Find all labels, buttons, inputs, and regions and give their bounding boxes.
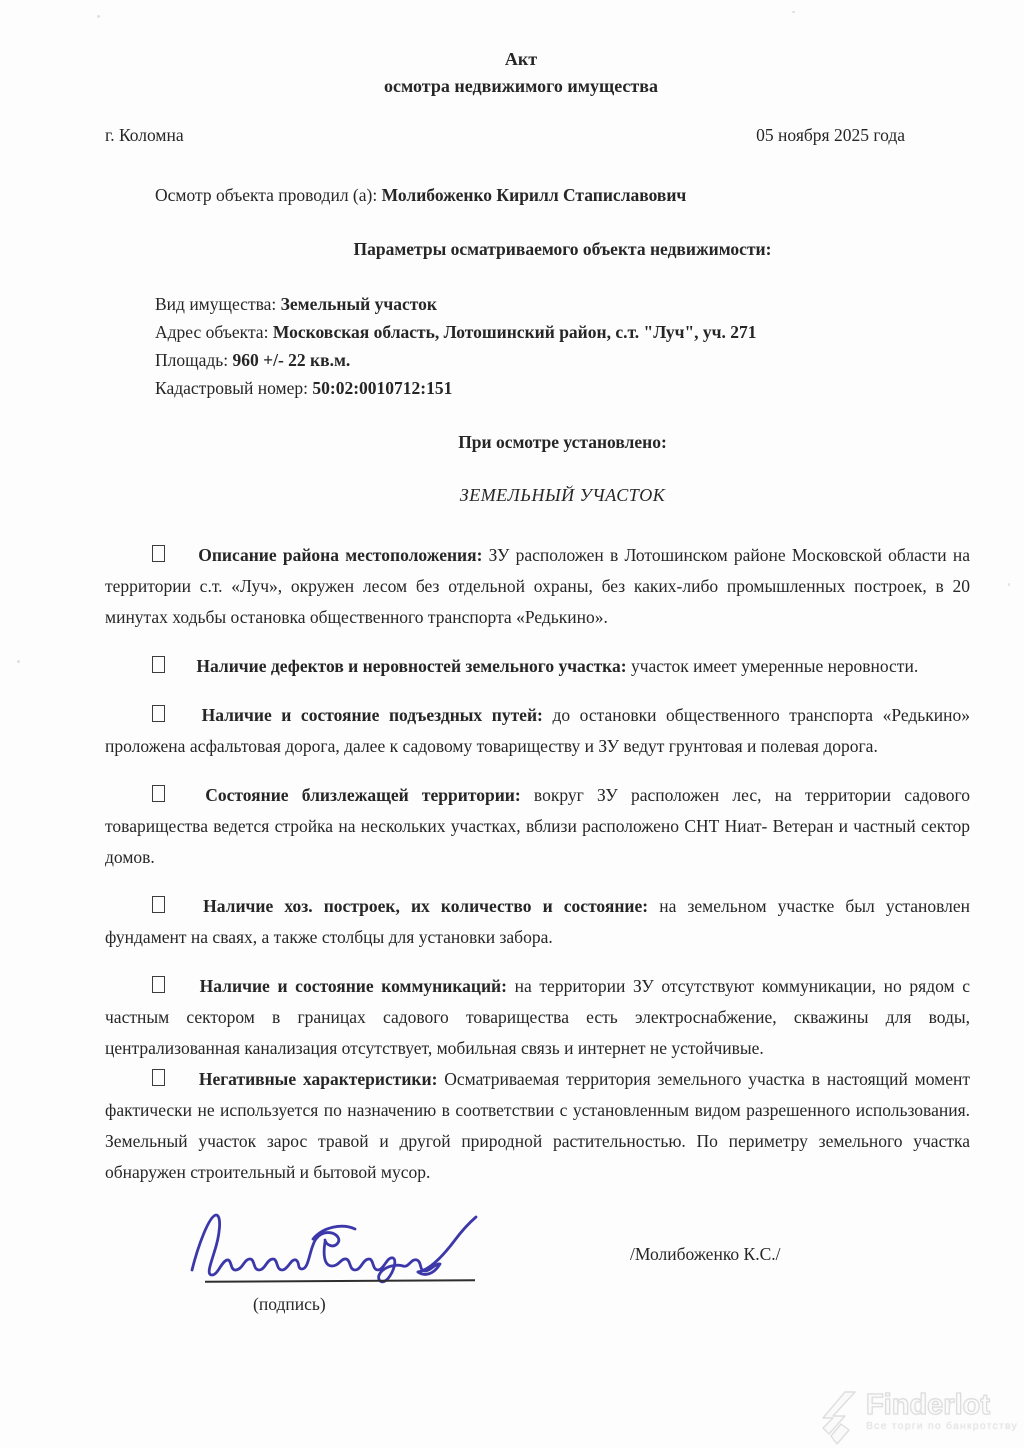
finding-lead: Наличие и состояние подъездных путей:: [202, 705, 543, 725]
field-area: Площадь: 960 +/- 22 кв.м.: [155, 346, 970, 374]
scan-speck: [792, 11, 795, 13]
finding-paragraph-utilities: Наличие и состояние коммуникаций: на тер…: [105, 971, 970, 1064]
watermark-brand: Finderlot: [866, 1390, 1018, 1420]
field-property-type: Вид имущества: Земельный участок: [155, 290, 970, 318]
signature-name-plate: /Молибоженко К.С./: [630, 1244, 781, 1265]
finding-paragraph-outbuildings: Наличие хоз. построек, их количество и с…: [105, 891, 970, 953]
finding-lead: Наличие дефектов и неровностей земельног…: [196, 656, 626, 676]
title-line-1: Акт: [105, 46, 937, 73]
document-title: Акт осмотра недвижимого имущества: [105, 46, 970, 100]
inspector-label: Осмотр объекта проводил (а):: [155, 185, 377, 205]
field-label: Кадастровый номер:: [155, 378, 308, 398]
checkbox-icon: [152, 785, 165, 802]
checkbox-icon: [152, 976, 165, 993]
inspector-line: Осмотр объекта проводил (а): Молибоженко…: [105, 182, 970, 209]
inspector-name: Молибоженко Кирилл Стапиславович: [382, 185, 687, 205]
field-label: Вид имущества:: [155, 294, 276, 314]
checkbox-icon: [152, 896, 165, 913]
finding-lead: Негативные характеристики:: [199, 1069, 438, 1089]
field-cadastral-number: Кадастровый номер: 50:02:0010712:151: [155, 374, 970, 402]
field-label: Адрес объекта:: [155, 322, 268, 342]
field-label: Площадь:: [155, 350, 228, 370]
finding-lead: Описание района местоположения:: [198, 545, 482, 565]
finding-lead: Состояние близлежащей территории:: [205, 785, 520, 805]
field-value: 960 +/- 22 кв.м.: [233, 350, 351, 370]
place-date-row: г. Коломна 05 ноября 2025 года: [105, 122, 970, 149]
scan-speck: [1008, 583, 1010, 586]
field-value: 50:02:0010712:151: [312, 378, 452, 398]
finding-lead: Наличие хоз. построек, их количество и с…: [203, 896, 648, 916]
watermark-text: Finderlot Все торги по банкротству: [866, 1390, 1018, 1432]
subject-heading: ЗЕМЕЛЬНЫЙ УЧАСТОК: [105, 482, 970, 509]
field-address: Адрес объекта: Московская область, Лотош…: [155, 318, 970, 346]
parameters-heading: Параметры осматриваемого объекта недвижи…: [105, 236, 970, 263]
checkbox-icon: [152, 705, 165, 722]
title-line-2: осмотра недвижимого имущества: [105, 73, 937, 100]
checkbox-icon: [152, 545, 165, 562]
document-place: г. Коломна: [105, 122, 184, 149]
finding-text: участок имеет умеренные неровности.: [631, 656, 918, 676]
finding-paragraph-access-roads: Наличие и состояние подъездных путей: до…: [105, 700, 970, 762]
signature-caption: (подпись): [253, 1294, 326, 1315]
document-date: 05 ноября 2025 года: [756, 122, 970, 149]
finderlot-logo-icon: [815, 1390, 859, 1448]
watermark-tagline: Все торги по банкротству: [866, 1420, 1018, 1432]
finding-paragraph-defects: Наличие дефектов и неровностей земельног…: [105, 651, 970, 682]
document-content: Акт осмотра недвижимого имущества г. Кол…: [105, 46, 970, 1336]
findings-list: Описание района местоположения: ЗУ распо…: [105, 540, 970, 1188]
findings-heading: При осмотре установлено:: [105, 429, 970, 456]
scanned-document-page: Акт осмотра недвижимого имущества г. Кол…: [0, 0, 1024, 1448]
field-value: Земельный участок: [281, 294, 437, 314]
finding-paragraph-negative: Негативные характеристики: Осматриваемая…: [105, 1064, 970, 1188]
scan-speck: [97, 15, 100, 18]
checkbox-icon: [152, 656, 165, 673]
finderlot-watermark: Finderlot Все торги по банкротству: [815, 1390, 1018, 1448]
signature-block: /Молибоженко К.С./ (подпись): [105, 1206, 970, 1336]
parameters-fields: Вид имущества: Земельный участок Адрес о…: [105, 290, 970, 402]
field-value: Московская область, Лотошинский район, с…: [273, 322, 757, 342]
signature-handwriting-icon: [185, 1208, 485, 1288]
checkbox-icon: [152, 1069, 165, 1086]
finding-lead: Наличие и состояние коммуникаций:: [200, 976, 507, 996]
scan-speck: [17, 660, 20, 663]
finding-paragraph-location: Описание района местоположения: ЗУ распо…: [105, 540, 970, 633]
finding-paragraph-surroundings: Состояние близлежащей территории: вокруг…: [105, 780, 970, 873]
